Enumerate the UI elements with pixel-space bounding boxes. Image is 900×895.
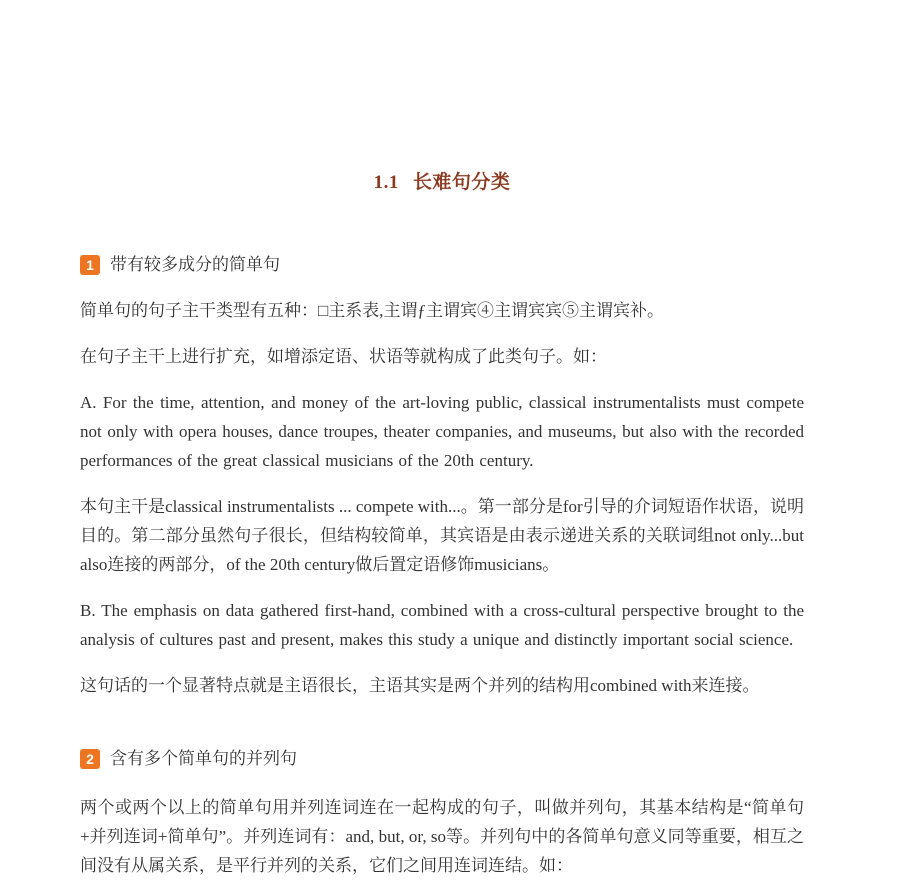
section-1: 1 带有较多成分的简单句 简单句的句子主干类型有五种：□主系表,主谓ƒ主谓宾④主… bbox=[80, 254, 804, 700]
example-sentence-a: A. For the time, attention, and money of… bbox=[80, 388, 804, 475]
paragraph-expansion-note: 在句子主干上进行扩充，如增添定语、状语等就构成了此类句子。如： bbox=[80, 342, 804, 371]
section-2-number-badge: 2 bbox=[80, 749, 100, 769]
section-2-heading: 2 含有多个简单句的并列句 bbox=[80, 748, 804, 770]
page-title: 1.1长难句分类 bbox=[80, 170, 804, 196]
document-page: 1.1长难句分类 1 带有较多成分的简单句 简单句的句子主干类型有五种：□主系表… bbox=[80, 170, 804, 880]
section-1-number-badge: 1 bbox=[80, 255, 100, 275]
section-2: 2 含有多个简单句的并列句 两个或两个以上的简单句用并列连词连在一起构成的句子，… bbox=[80, 748, 804, 880]
section-1-heading: 1 带有较多成分的简单句 bbox=[80, 254, 804, 276]
section-title-text: 长难句分类 bbox=[413, 172, 511, 193]
section-2-heading-label: 含有多个简单句的并列句 bbox=[110, 748, 297, 770]
paragraph-compound-definition: 两个或两个以上的简单句用并列连词连在一起构成的句子，叫做并列句，其基本结构是“简… bbox=[80, 793, 804, 880]
paragraph-sentence-types: 简单句的句子主干类型有五种：□主系表,主谓ƒ主谓宾④主谓宾宾⑤主谓宾补。 bbox=[80, 296, 804, 325]
section-1-heading-label: 带有较多成分的简单句 bbox=[110, 254, 280, 276]
example-sentence-b: B. The emphasis on data gathered first-h… bbox=[80, 596, 804, 654]
analysis-b: 这句话的一个显著特点就是主语很长，主语其实是两个并列的结构用combined w… bbox=[80, 671, 804, 700]
section-number: 1.1 bbox=[374, 172, 399, 193]
analysis-a: 本句主干是classical instrumentalists ... comp… bbox=[80, 492, 804, 579]
